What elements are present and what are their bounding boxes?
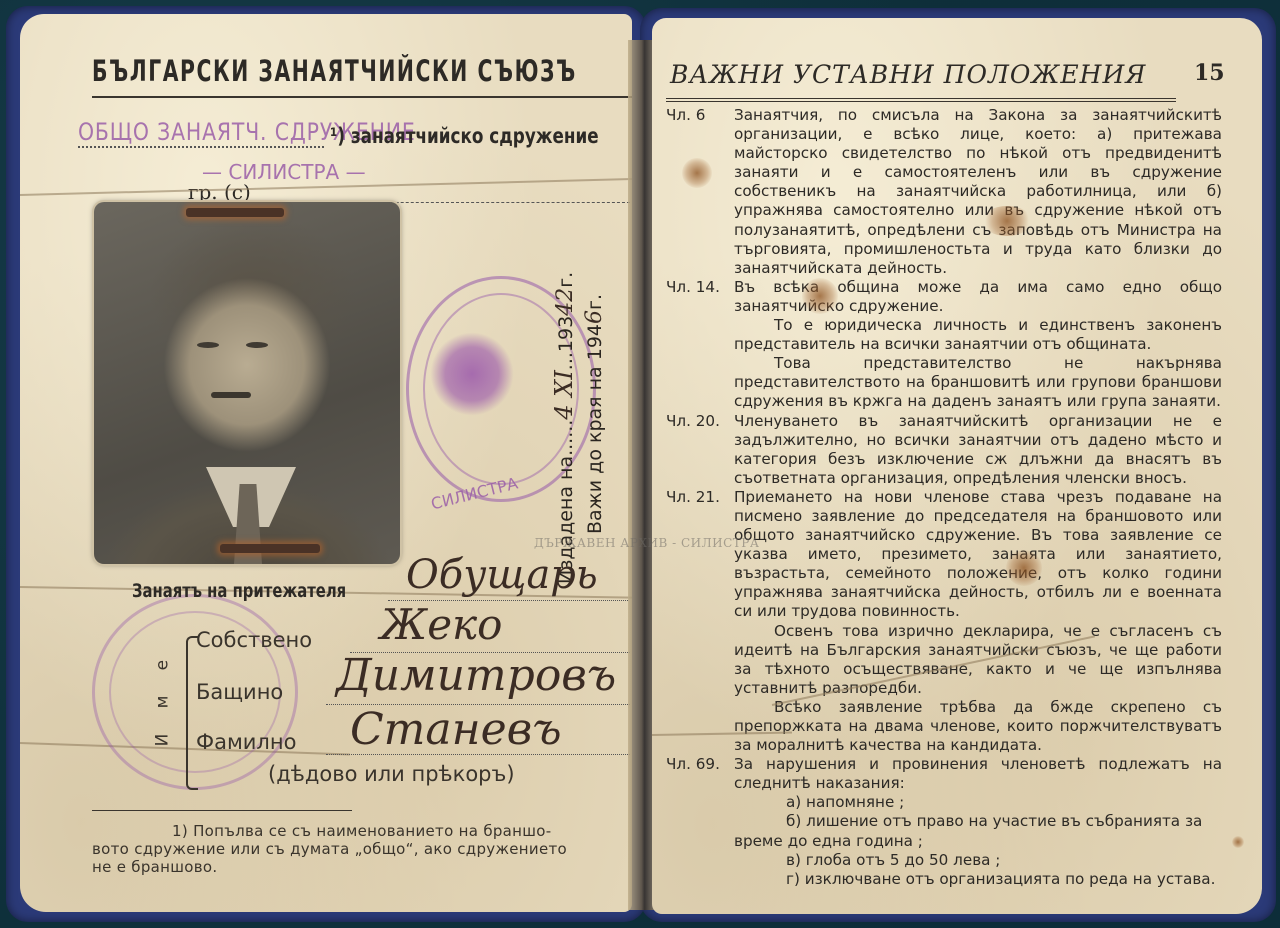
family-name-label: Фамилно <box>196 730 296 754</box>
article-paragraph: То е юридическа личность и единственъ за… <box>666 316 1222 354</box>
statute-article: Чл. 20.Членуването въ занаятчийскитѣ орг… <box>666 412 1222 488</box>
article-text: За нарушения и провинения членоветѣ подл… <box>734 755 1222 793</box>
valid-year-printed: 194 <box>584 324 606 360</box>
issued-date-handwritten: 4 XI <box>550 370 578 419</box>
penalty-item: б) лишение отъ право на участие въ събра… <box>666 812 1222 850</box>
article-number: Чл. 14. <box>666 278 734 316</box>
rust-stain <box>1232 836 1244 848</box>
title-rule <box>92 96 632 98</box>
page-number: 15 <box>1194 60 1225 86</box>
article-text: Приемането на нови членове става чрезъ п… <box>734 488 1222 622</box>
penalty-item: а) напомняне ; <box>666 793 1222 812</box>
article-number: Чл. 69. <box>666 755 734 793</box>
article-number: Чл. 21. <box>666 488 734 622</box>
penalty-item: в) глоба отъ 5 до 50 лева ; <box>666 851 1222 870</box>
statute-articles: Чл. 6Занаятчия, по смисъла на Закона за … <box>666 106 1222 889</box>
article-text: Членуването въ занаятчийскитѣ организаци… <box>734 412 1222 488</box>
occupation-label: Занаятъ на притежателя <box>132 580 346 602</box>
article-text: Занаятчия, по смисъла на Закона за заная… <box>734 106 1222 278</box>
issued-suffix: г. <box>555 272 577 288</box>
stamp-emblem-icon <box>430 332 514 416</box>
issued-year-printed: 193 <box>555 316 577 352</box>
valid-label: Важи до края на <box>584 366 606 534</box>
holder-photo <box>94 202 400 564</box>
right-page: ВАЖНИ УСТАВНИ ПОЛОЖЕНИЯ 15 Чл. 6Занаятчи… <box>652 18 1262 914</box>
staple-bottom <box>220 544 320 553</box>
valid-year-handwritten: 6 <box>582 310 607 324</box>
article-number: Чл. 6 <box>666 106 734 278</box>
occupation-value: Обущарь <box>406 552 598 598</box>
staple-top <box>186 208 284 217</box>
valid-suffix: г. <box>584 294 606 310</box>
association-dotted-line <box>78 146 324 148</box>
statute-article: Чл. 14.Въ всѣка община може да има само … <box>666 278 1222 316</box>
valid-until-line: Важи до края на 1946г. <box>582 294 607 534</box>
statute-article: Чл. 6Занаятчия, по смисъла на Закона за … <box>666 106 1222 278</box>
rust-stain <box>802 278 838 314</box>
footnote-rule <box>92 810 352 811</box>
article-paragraph: Освенъ това изрично декларира, че е съгл… <box>666 622 1222 698</box>
title-rule <box>666 98 1176 99</box>
article-number: Чл. 20. <box>666 412 734 488</box>
association-suffix: ¹) занаятчийско сдружение <box>330 124 599 148</box>
father-name-label: Бащино <box>196 680 283 704</box>
archive-watermark: ДЪРЖАВЕН АРХИВ - СИЛИСТРА <box>534 536 759 550</box>
statute-article: Чл. 21.Приемането на нови членове става … <box>666 488 1222 622</box>
rust-stain <box>982 206 1032 236</box>
first-name-label: Собствено <box>196 628 312 652</box>
footnote: 1) Попълва се съ наименованието на бранш… <box>92 822 632 876</box>
issued-year-handwritten: 42 <box>553 288 578 316</box>
city-label: гр. (с) <box>188 180 251 204</box>
rust-stain <box>682 158 712 188</box>
penalty-item: г) изключване отъ организацията по реда … <box>666 870 1222 889</box>
name-brace <box>186 636 198 790</box>
page-title: ВАЖНИ УСТАВНИ ПОЛОЖЕНИЯ <box>670 60 1146 89</box>
statute-article: Чл. 69.За нарушения и провинения членове… <box>666 755 1222 793</box>
father-name-value: Димитровъ <box>336 650 616 701</box>
article-paragraph: Това представителство не накърнява предс… <box>666 354 1222 411</box>
article-paragraph: Всѣко заявление трѣбва да бжде скрепено … <box>666 698 1222 755</box>
first-name-value: Жеко <box>380 600 502 649</box>
name-group-label: е м И <box>156 654 169 768</box>
rust-stain <box>1006 550 1042 586</box>
family-name-hint: (дѣдово или прѣкоръ) <box>268 762 515 786</box>
family-name-value: Станевъ <box>350 704 562 755</box>
title-rule-2 <box>666 101 1176 102</box>
union-title: БЪЛГАРСКИ ЗАНАЯТЧИЙСКИ СЪЮЗЪ <box>92 54 577 88</box>
left-page: БЪЛГАРСКИ ЗАНАЯТЧИЙСКИ СЪЮЗЪ ОБЩО ЗАНАЯТ… <box>20 14 632 912</box>
